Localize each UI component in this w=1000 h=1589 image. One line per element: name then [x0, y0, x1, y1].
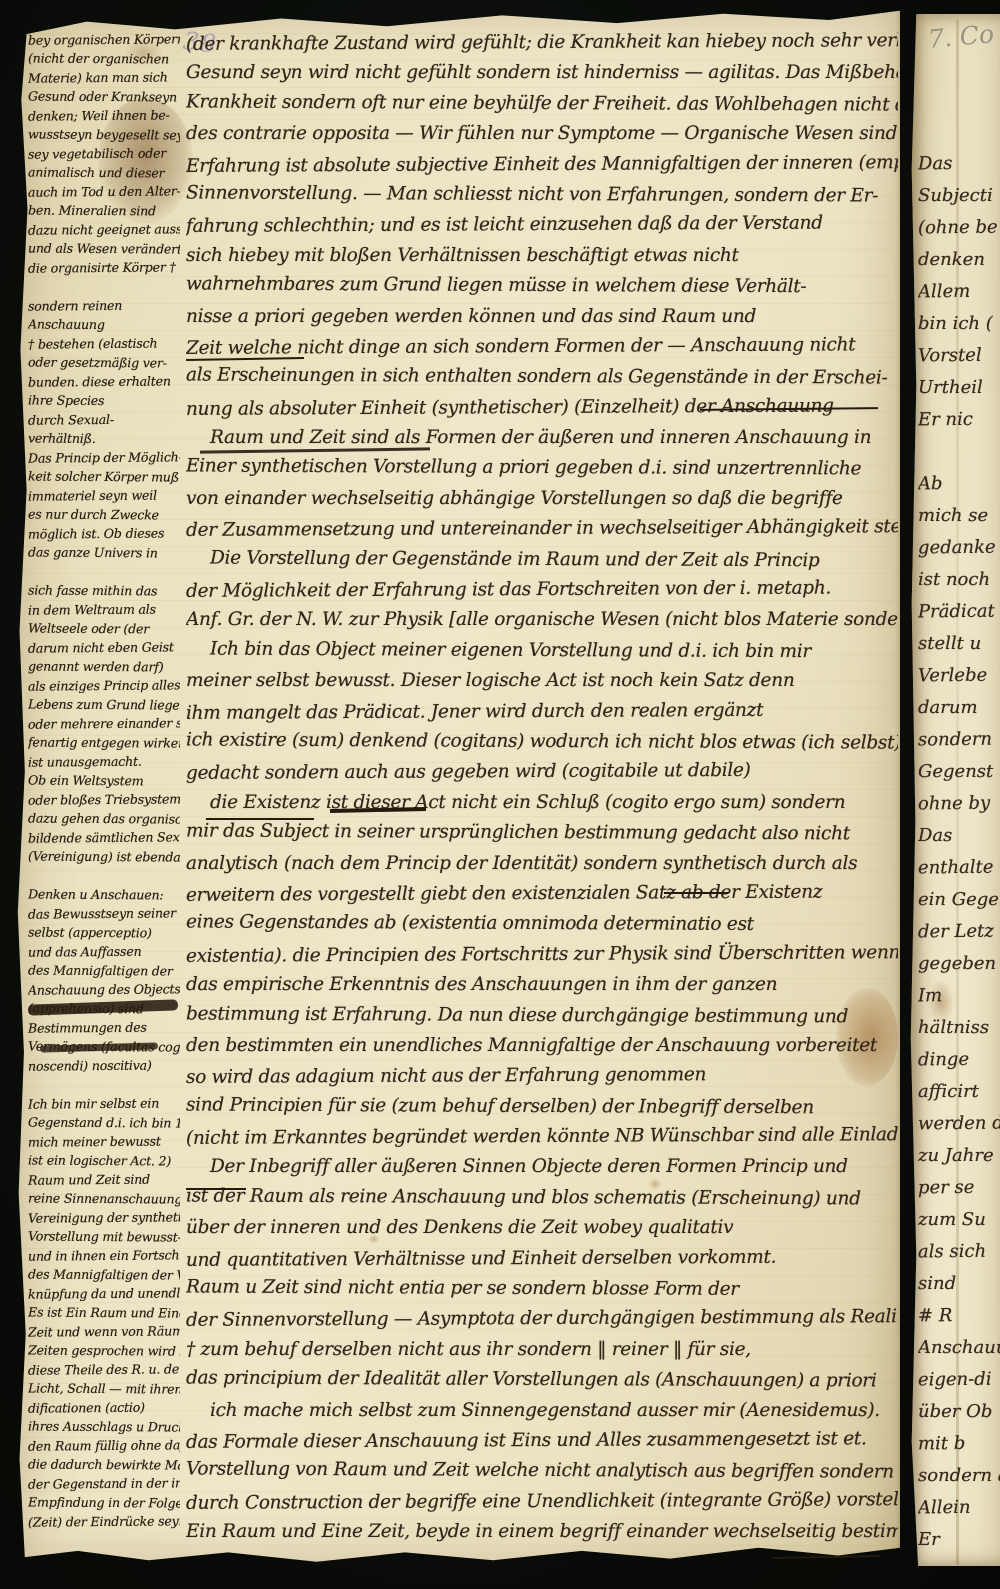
margin-line: Es ist Ein Raum und Eine [28, 1302, 180, 1322]
manuscript-line: ist der Raum als reine Anschauung und bl… [186, 1181, 898, 1214]
margin-line: Vermögens (facultas cog- [28, 1036, 180, 1056]
margin-line: und in ihnen ein Fortschritt [28, 1245, 180, 1265]
manuscript-line: Ein Raum und Eine Zeit, beyde in einem b… [186, 1517, 898, 1547]
margin-line: bildende sämtlichen Sexual [28, 827, 180, 847]
adjacent-page-line: Vorstel [918, 340, 1000, 373]
margin-line: es nur durch Zwecke [28, 504, 180, 524]
margin-line: noscendi) noscitiva) [28, 1055, 180, 1075]
margin-line: Vereinigung der synthetischen [28, 1207, 180, 1227]
manuscript-line: Krankheit sondern oft nur eine beyhülfe … [186, 87, 898, 120]
manuscript-line: ich existire (sum) denkend (cogitans) wo… [186, 725, 898, 758]
adjacent-page-line: Er [918, 1524, 1000, 1556]
adjacent-page-line: (ohne be [918, 212, 1000, 245]
manuscript-line: Erfahrung ist absolute subjective Einhei… [186, 148, 898, 182]
margin-line: sich fasse mithin das [28, 580, 180, 600]
margin-line: Licht, Schall — mit ihren Mo- [28, 1378, 180, 1398]
margin-line: (Zeit) der Eindrücke seyn [28, 1511, 180, 1531]
manuscript-line: des contrarie opposita — Wir fühlen nur … [186, 119, 898, 149]
margin-line: Empfindung in der Folge [28, 1492, 180, 1512]
adjacent-page-line: zu Jahre [918, 1140, 1000, 1172]
manuscript-line: wahrnehmbares zum Grund liegen müsse in … [186, 270, 898, 303]
manuscript-line: Ich bin das Object meiner eigenen Vorste… [186, 634, 898, 667]
adjacent-page-line: mich se [918, 500, 1000, 532]
manuscript-line: über der inneren und des Denkens die Zei… [186, 1213, 898, 1243]
manuscript-line: Zeit welche nicht dinge an sich sondern … [186, 330, 898, 364]
adjacent-page-line: dinge [918, 1044, 1000, 1077]
adjacent-page-line: Gegenst [918, 756, 1000, 788]
margin-line: Zeit und wenn von Räumen u [28, 1321, 180, 1341]
margin-line: Bestimmungen des [28, 1017, 180, 1037]
manuscript-line: (der krankhafte Zustand wird gefühlt; di… [186, 28, 898, 60]
manuscript-line: Gesund seyn wird nicht gefühlt sondern i… [186, 58, 898, 88]
adjacent-page-line: mit b [918, 1428, 1000, 1461]
margin-line: ist unausgemacht. [28, 751, 180, 771]
manuscript-line: existentia). die Principien des Fortschr… [186, 938, 898, 972]
margin-line: in dem Weltraum als [28, 599, 180, 619]
margin-annotations: bey organischen Körpern(nicht der organi… [28, 30, 180, 1531]
main-text-block: (der krankhafte Zustand wird gefühlt; di… [186, 28, 898, 1548]
margin-line: Ob ein Weltsystem [28, 770, 180, 790]
manuscript-line: ich mache mich selbst zum Sinnengegensta… [186, 1396, 898, 1426]
margin-line: keit solcher Körper muß [28, 466, 180, 486]
margin-line: oder gesetzmäßig ver- [28, 352, 180, 372]
margin-line [28, 276, 180, 296]
margin-line [28, 865, 180, 885]
adjacent-page-line: Im [918, 980, 1000, 1013]
margin-line: Gesund oder Krankseyn [28, 86, 180, 106]
margin-line: als einziges Princip alles [28, 675, 180, 695]
margin-line: oder mehrere einander stu- [28, 713, 180, 733]
adjacent-page-line: denken [918, 244, 1000, 276]
margin-line: verhältniß. [28, 428, 180, 448]
manuscript-line: das principium der Idealität aller Vorst… [186, 1364, 898, 1397]
adjacent-page-line: afficirt [918, 1076, 1000, 1108]
margin-line: die dadurch bewirkte Materie [28, 1454, 180, 1474]
manuscript-line: eines Gegenstandes ab (existentia omnimo… [186, 908, 898, 941]
margin-line: auch im Tod u den Alter- [28, 181, 180, 201]
margin-line: (Vereinigung) ist ebenda [28, 846, 180, 866]
margin-line: das Bewusstseyn seiner [28, 903, 180, 923]
margin-line: und als Wesen verändert [28, 238, 180, 258]
margin-line: Raum und Zeit sind [28, 1169, 180, 1189]
manuscript-line: die Existenz ist dieser Act nicht ein Sc… [186, 788, 898, 818]
margin-line: die organisirte Körper † [28, 257, 180, 277]
margin-line: und das Auffassen [28, 941, 180, 961]
margin-line: durch Sexual- [28, 409, 180, 429]
margin-line: darum nicht eben Geist [28, 637, 180, 657]
adjacent-page-line: werden d [918, 1108, 1000, 1141]
manuscript-line: Einer synthetischen Vorstellung a priori… [186, 452, 898, 485]
margin-line: fenartig entgegen wirkend seyn [28, 732, 180, 752]
manuscript-line: Anf. Gr. der N. W. zur Physik [alle orga… [186, 605, 898, 635]
margin-line: Ich bin mir selbst ein [28, 1093, 180, 1113]
manuscript-line: nisse a priori gegeben werden können und… [186, 302, 898, 332]
margin-line: des Mannigfaltigen der [28, 960, 180, 980]
manuscript-line: den bestimmten ein unendliches Mannigfal… [186, 1031, 898, 1061]
adjacent-page-line [918, 436, 1000, 468]
manuscript-line: gedacht sondern auch aus gegeben wird (c… [186, 756, 898, 790]
corner-annotation: 7. Co [927, 19, 995, 54]
margin-line: dificationen (actio) [28, 1397, 180, 1417]
manuscript-photo: { "page_number": "38", "right_page_heade… [0, 0, 1000, 1589]
manuscript-line: nung als absoluter Einheit (synthetische… [186, 391, 898, 425]
adjacent-page-line: stellt u [918, 628, 1000, 660]
margin-line: Vorstellung mit bewusst- [28, 1226, 180, 1246]
adjacent-page-line: Das [918, 820, 1000, 852]
adjacent-page-line: enthalte [918, 852, 1000, 885]
manuscript-line: der Möglichkeit der Erfahrung ist das Fo… [186, 573, 898, 607]
manuscript-line: analytisch (nach dem Princip der Identit… [186, 849, 898, 879]
manuscript-line: meiner selbst bewusst. Dieser logische A… [186, 666, 898, 696]
margin-line: Weltseele oder (der [28, 618, 180, 638]
margin-line: reine Sinnenanschauungen (mit [28, 1188, 180, 1208]
manuscript-line: Raum u Zeit sind nicht entia per se sond… [186, 1272, 898, 1305]
adjacent-page-line: bin ich ( [918, 308, 1000, 340]
adjacent-page-line: per se [918, 1172, 1000, 1205]
adjacent-page-line: darum [918, 692, 1000, 724]
margin-line: oder bloßes Triebsystem [28, 789, 180, 809]
margin-line: Anschauung [28, 314, 180, 334]
margin-line: Materie) kan man sich [28, 67, 180, 87]
manuscript-line: Raum und Zeit sind als Formen der äußere… [186, 423, 898, 453]
adjacent-page-line: Urtheil [918, 372, 1000, 404]
margin-line: des Mannigfaltigen der Ver- [28, 1264, 180, 1284]
margin-line: sey vegetabilisch oder [28, 143, 180, 163]
manuscript-line: der Sinnenvorstellung — Asymptota der du… [186, 1303, 898, 1337]
margin-line: diese Theile des R. u. der Z. [28, 1359, 180, 1379]
adjacent-page-line: ohne by [918, 788, 1000, 821]
margin-line [28, 1074, 180, 1094]
adjacent-page-line: hältniss [918, 1012, 1000, 1044]
margin-line: Lebens zum Grund liege [28, 694, 180, 714]
adjacent-page-line: Er nic [918, 404, 1000, 437]
adjacent-page-line: sondern a [918, 1460, 1000, 1492]
margin-line: selbst (apperceptio) [28, 922, 180, 942]
manuscript-line: sich hiebey mit bloßen Verhältnissen bes… [186, 241, 898, 271]
adjacent-page-line: Subjecti [918, 180, 1000, 212]
adjacent-page-line: zum Su [918, 1204, 1000, 1236]
manuscript-line: als Erscheinungen in sich enthalten sond… [186, 361, 898, 394]
margin-line: (nicht der organischen [28, 48, 180, 68]
adjacent-page-line: ein Gegen [918, 884, 1000, 916]
margin-line: wusstseyn beygesellt sey [28, 124, 180, 144]
manuscript-line: mir das Subject in seiner ursprünglichen… [186, 817, 898, 850]
margin-line: immateriel seyn weil [28, 485, 180, 505]
adjacent-page-line: gedanke [918, 532, 1000, 565]
margin-line: sondern reinen [28, 295, 180, 315]
manuscript-line: ihm mangelt das Prädicat. Jener wird dur… [186, 695, 898, 729]
adjacent-page-line: # R [918, 1300, 1000, 1333]
manuscript-line: von einander wechselseitig abhängige Vor… [186, 484, 898, 514]
margin-line: ihres Ausschlags u Drucks [28, 1416, 180, 1436]
margin-line: ihre Species [28, 390, 180, 410]
margin-line: Denken u Anschauen: [28, 884, 180, 904]
manuscript-line: Sinnenvorstellung. — Man schliesst nicht… [186, 178, 898, 211]
margin-line: bunden. diese erhalten [28, 371, 180, 391]
adjacent-page-text: DasSubjecti(ohne bedenkenAllembin ich (V… [918, 148, 1000, 1556]
margin-line: mich meiner bewusst [28, 1131, 180, 1151]
margin-line: das ganze Univers in [28, 542, 180, 562]
adjacent-page-line: der Letz [918, 916, 1000, 949]
manuscript-line: (nicht im Erkanntes begründet werden kön… [186, 1120, 898, 1154]
margin-line: dazu gehen das organische [28, 808, 180, 828]
manuscript-line: so wird das adagium nicht aus der Erfahr… [186, 1059, 898, 1093]
manuscript-line: der Zusammensetzung und untereinander in… [186, 512, 898, 546]
manuscript-line: Vorstellung von Raum und Zeit welche nic… [186, 1455, 898, 1488]
adjacent-page-line: Verlebe [918, 660, 1000, 693]
margin-line: ben. Mineralien sind [28, 200, 180, 220]
adjacent-page-line: Allem [918, 276, 1000, 309]
manuscript-line: und quantitativen Verhältnisse und Einhe… [186, 1242, 898, 1276]
margin-line: (apprehensio) sind [28, 998, 180, 1018]
margin-line: Gegenstand d.i. ich bin 1.) [28, 1112, 180, 1132]
manuscript-line: Die Vorstellung der Gegenstände im Raum … [186, 543, 898, 576]
manuscript-line: durch Construction der begriffe eine Une… [186, 1485, 898, 1519]
adjacent-page-line: Allein [918, 1492, 1000, 1525]
adjacent-page-line: sondern [918, 724, 1000, 757]
manuscript-line: das empirische Erkenntnis des Anschauung… [186, 970, 898, 1000]
underline-stroke [772, 1555, 880, 1559]
margin-line: der Gegenstand in der inneren [28, 1473, 180, 1493]
margin-line: ist ein logischer Act. 2) [28, 1150, 180, 1170]
manuscript-line: fahrung schlechthin; und es ist leicht e… [186, 208, 898, 242]
margin-line: bey organischen Körpern [28, 30, 180, 50]
margin-line: animalisch und dieser [28, 162, 180, 182]
manuscript-line: das Formale dieser Anschauung ist Eins u… [186, 1424, 898, 1458]
adjacent-page-line: Anschauu [918, 1332, 1000, 1364]
margin-line: † bestehen (elastisch [28, 333, 180, 353]
margin-line: Zeiten gesprochen wird so sind [28, 1340, 180, 1360]
manuscript-line: erweitern des vorgestellt giebt den exis… [186, 877, 898, 911]
margin-line: dazu nicht geeignet ausser [28, 219, 180, 239]
manuscript-line: bestimmung ist Erfahrung. Da nun diese d… [186, 999, 898, 1032]
margin-line: den Raum füllig ohne daß [28, 1435, 180, 1455]
adjacent-page-line: Das [918, 148, 1000, 180]
margin-line: möglich ist. Ob dieses [28, 523, 180, 543]
adjacent-page-line: Ab [918, 468, 1000, 501]
manuscript-line: Der Inbegriff aller äußeren Sinnen Objec… [186, 1152, 898, 1182]
margin-line: denken; Weil ihnen be- [28, 105, 180, 125]
adjacent-page-line: eigen-di [918, 1364, 1000, 1397]
margin-line: genannt werden darf) [28, 656, 180, 676]
adjacent-page-line: Prädicat [918, 596, 1000, 629]
manuscript-line: † zum behuf derselben nicht aus ihr sond… [186, 1335, 898, 1365]
margin-line: Anschauung des Objects [28, 979, 180, 999]
margin-line [28, 561, 180, 581]
margin-line: Das Princip der Möglich- [28, 447, 180, 467]
adjacent-page-line: sind [918, 1268, 1000, 1300]
margin-line: knüpfung da und unendlich [28, 1283, 180, 1303]
adjacent-page-line: ist noch [918, 564, 1000, 596]
adjacent-page-line: gegeben [918, 948, 1000, 980]
adjacent-page-line: über Ob [918, 1396, 1000, 1428]
adjacent-page-line: als sich [918, 1236, 1000, 1269]
manuscript-line: sind Principien für sie (zum behuf derse… [186, 1090, 898, 1123]
